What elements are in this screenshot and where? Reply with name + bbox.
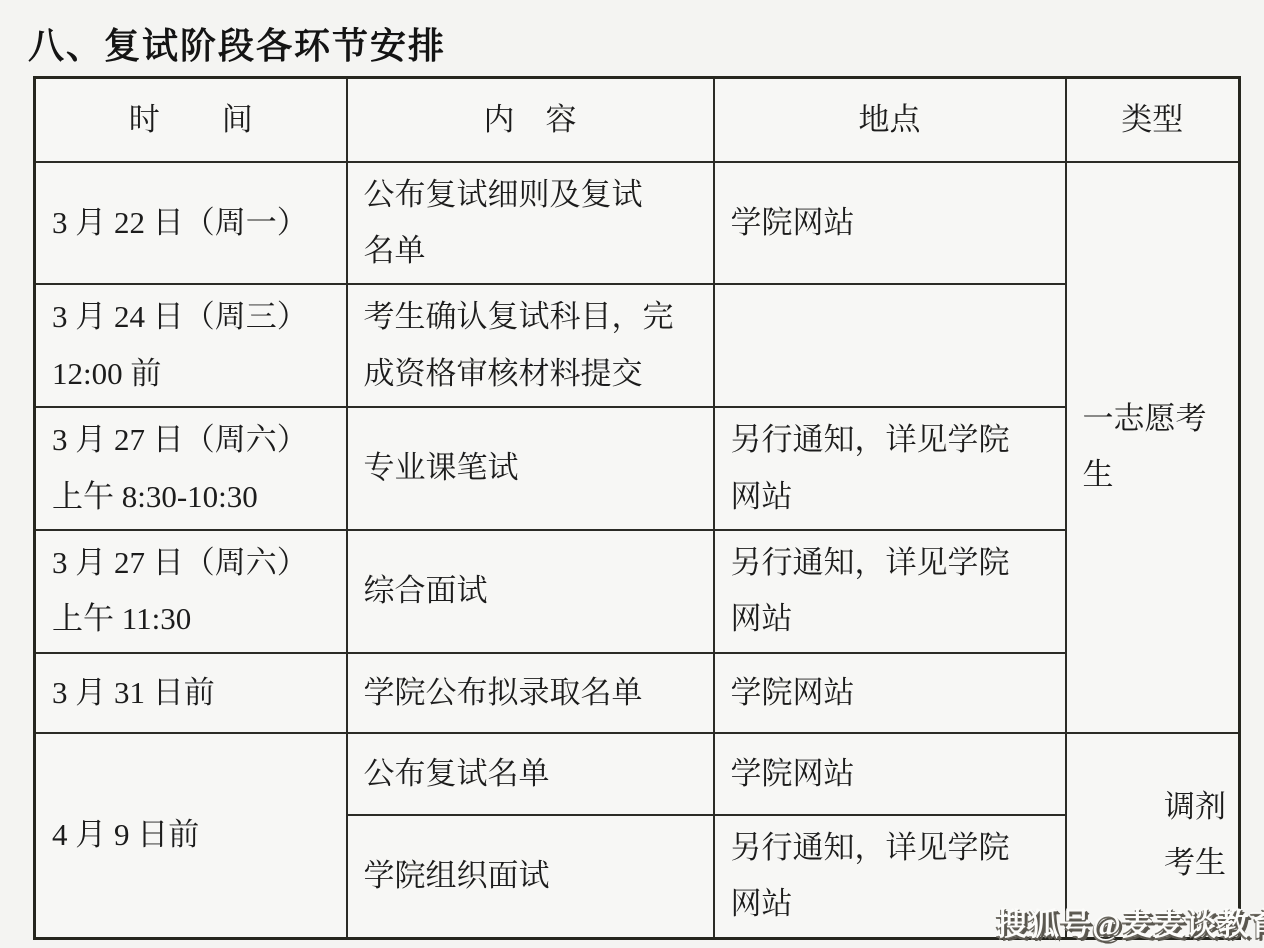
time-cell-row1: 3 月 22 日（周一） <box>35 162 347 285</box>
content-cell-row2: 考生确认复试科目，完 成资格审核材料提交 <box>347 284 714 407</box>
content-cell-row5: 学院公布拟录取名单 <box>347 653 714 733</box>
page-title: 八、复试阶段各环节安排 <box>28 18 446 69</box>
type-cell-first-choice: 一志愿考 生 <box>1066 162 1240 733</box>
table-row: 4 月 9 日前 公布复试名单 学院网站 调剂 考生 <box>35 733 1240 815</box>
location-cell-row4: 另行通知，详见学院 网站 <box>714 530 1066 653</box>
time-cell-row4: 3 月 27 日（周六） 上午 11:30 <box>35 530 347 653</box>
col-header-content: 内 容 <box>347 78 714 162</box>
location-cell-row6: 学院网站 <box>714 733 1066 815</box>
table-row: 3 月 27 日（周六） 上午 11:30 综合面试 另行通知，详见学院 网站 <box>35 530 1240 653</box>
content-cell-row4: 综合面试 <box>347 530 714 653</box>
schedule-table: 时 间 内 容 地点 类型 3 月 22 日（周一） 公布复试细则及复试 名单 … <box>33 76 1241 940</box>
content-cell-row6: 公布复试名单 <box>347 733 714 815</box>
table-row: 3 月 27 日（周六） 上午 8:30-10:30 专业课笔试 另行通知，详见… <box>35 407 1240 530</box>
col-header-type: 类型 <box>1066 78 1240 162</box>
time-cell-row2: 3 月 24 日（周三） 12:00 前 <box>35 284 347 407</box>
content-cell-row7: 学院组织面试 <box>347 815 714 938</box>
location-cell-row2 <box>714 284 1066 407</box>
content-cell-row1: 公布复试细则及复试 名单 <box>347 162 714 285</box>
header-row: 时 间 内 容 地点 类型 <box>35 78 1240 162</box>
location-cell-row5: 学院网站 <box>714 653 1066 733</box>
time-cell-row6: 4 月 9 日前 <box>35 733 347 938</box>
table-row: 3 月 22 日（周一） 公布复试细则及复试 名单 学院网站 一志愿考 生 <box>35 162 1240 285</box>
col-header-location: 地点 <box>714 78 1066 162</box>
table-row: 3 月 31 日前 学院公布拟录取名单 学院网站 <box>35 653 1240 733</box>
time-cell-row3: 3 月 27 日（周六） 上午 8:30-10:30 <box>35 407 347 530</box>
page: 八、复试阶段各环节安排 时 间 内 容 地点 类型 3 月 22 日（周一） 公… <box>0 0 1264 948</box>
content-cell-row3: 专业课笔试 <box>347 407 714 530</box>
col-header-time: 时 间 <box>35 78 347 162</box>
location-cell-row3: 另行通知，详见学院 网站 <box>714 407 1066 530</box>
location-cell-row1: 学院网站 <box>714 162 1066 285</box>
table-row: 3 月 24 日（周三） 12:00 前 考生确认复试科目，完 成资格审核材料提… <box>35 284 1240 407</box>
watermark: 搜狐号@麦麦谈教育 <box>996 899 1264 944</box>
time-cell-row5: 3 月 31 日前 <box>35 653 347 733</box>
